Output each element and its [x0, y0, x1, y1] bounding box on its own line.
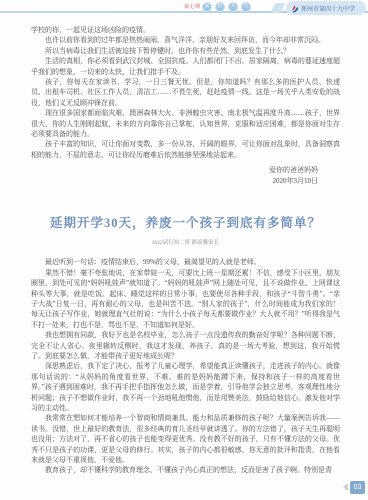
letter-paragraph: 学校的你，一起见证这场凶险的疫情。: [31, 25, 340, 35]
letter-signature: 爱你的爸爸妈妈: [31, 165, 318, 176]
newsletter-page: 第七期 家校共育 郑州市第四十九中学 学校的你，一起见证这场凶险的疫情。也许以前…: [0, 0, 368, 500]
school-banner: 郑州市第四十九中学: [286, 1, 366, 15]
article-paragraph: 我常常在想如何才能培养一个智商和情商兼具、能力和品质兼修的孩子呢？大量案例告诉我…: [31, 413, 340, 465]
article-paragraph: 果然不错！毫不夸张地说，在家带娃一天，可要比上班一星期还累！不信，感受下小区里，…: [31, 268, 340, 330]
letter-paragraph: 所以当病毒让我们生活被迫按下暂停键时，也许你有些茫然，到底发生了什么？: [31, 46, 340, 56]
section-badge: 共: [228, 2, 238, 12]
article-paragraph: 深思熟虑后，我下定了决心，报考了儿童心理学，希望能真正读懂孩子，走进孩子的内心。…: [31, 361, 340, 413]
article-body: 最近听到一句话：疫情结束后，99%的父母，最渴望见的人就是老师。果然不错！毫不夸…: [31, 257, 340, 476]
letter-paragraph: 孩子丰富的知识，可让你面对变数，多一份从容，开阔的眼界，可让你面对乱象时，具备洞…: [31, 139, 340, 160]
section-badge: 育: [241, 2, 251, 12]
parent-letter-body: 学校的你，一起见证这场凶险的疫情。也许以前你看到的过年都是热热闹闹、喜气洋洋，亲…: [31, 25, 340, 160]
letter-paragraph: 现在很多国家都面临灾难，澳洲森林大火、非洲蝗虫灾害、南北极气温再度升高……孩子，…: [31, 108, 340, 139]
letter-date: 2020年3月10日: [31, 176, 318, 187]
school-logo-icon: [290, 4, 299, 13]
page-arrow-icon: [343, 483, 348, 491]
letter-paragraph: 生活的真相，你必须看到武汉封城、全国抗疫、人们都闭门不出、居家隔离，病毒的蔓延速…: [31, 56, 340, 77]
article-title: 延期开学30天，养废一个孩子到底有多简单？: [31, 213, 340, 231]
page-content: 学校的你，一起见证这场凶险的疫情。也许以前你看到的过年都是热热闹闹、喜气洋洋，亲…: [31, 25, 340, 476]
letter-paragraph: 孩子，你每天在家读书、学习，一日三餐无忧。但是，你知道吗？有那么多的医护人员、快…: [31, 77, 340, 108]
article-paragraph: 最近听到一句话：疫情结束后，99%的父母，最渴望见的人就是老师。: [31, 257, 340, 267]
issue-label: 第七期: [184, 3, 201, 10]
page-number-badge: 03: [350, 481, 365, 494]
section-badge: 家: [202, 2, 212, 12]
article-paragraph: 我也想拥有同款，我好歹也是名校毕业，怎么孩子一点没遗传我的勤奋好学呢？各种问题不…: [31, 330, 340, 361]
school-name: 郑州市第四十九中学: [301, 4, 355, 13]
section-badge-row: 家校共育: [202, 2, 251, 12]
letter-paragraph: 也许以前你看到的过年都是热热闹闹、喜气洋洋，亲朋好友来回拜访，而今年却非常沉闷。: [31, 35, 340, 45]
article-byline: 2022届行知二班 路瑶馨家长: [31, 238, 340, 246]
article-paragraph: 教育孩子，却不懂科学的教育理念，不懂孩子内心真正的想法，反而是害了孩子啊。特别是…: [31, 465, 340, 475]
section-badge: 校: [215, 2, 225, 12]
letter-signature-block: 爱你的爸爸妈妈 2020年3月10日: [31, 165, 340, 187]
